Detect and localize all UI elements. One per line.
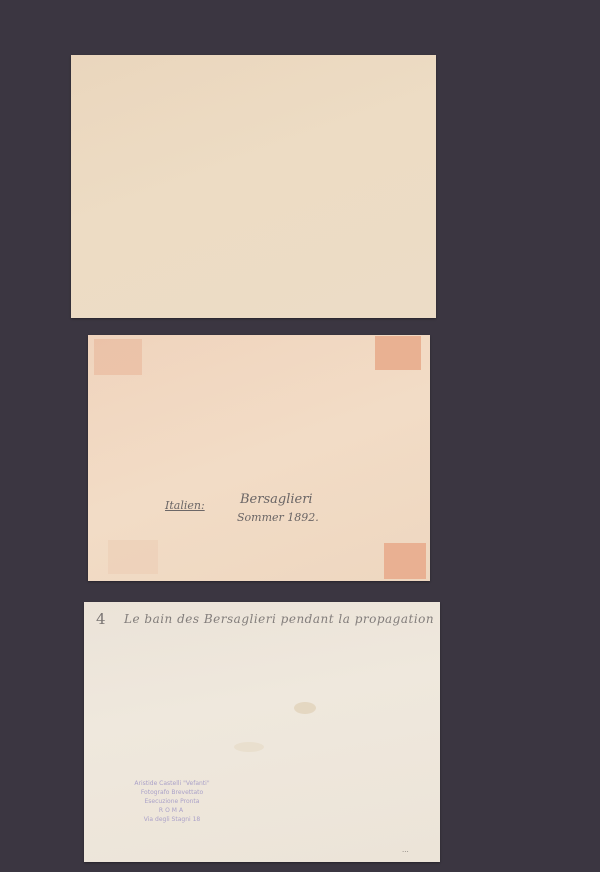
- corner-mark: ...: [402, 846, 409, 854]
- stamp-line: Aristide Castelli "Vefanti": [126, 779, 218, 788]
- hinge-tape-top-right: [375, 336, 421, 370]
- photo-card-inscribed: Italien: Bersaglieri Sommer 1892.: [88, 335, 430, 581]
- photographer-stamp: Aristide Castelli "Vefanti" Fotografo Br…: [126, 779, 218, 824]
- caption-number: 4: [96, 610, 106, 628]
- hinge-tape-bottom-right: [384, 543, 426, 579]
- stamp-line: ROMA: [126, 806, 218, 815]
- stain-mark: [294, 702, 316, 714]
- handwritten-caption: Le bain des Bersaglieri pendant la propa…: [124, 612, 434, 626]
- handwritten-country: Italien:: [165, 499, 205, 512]
- stamp-line: Via degli Stagni 18: [126, 815, 218, 824]
- hinge-tape-top-left: [94, 339, 142, 375]
- photo-card-captioned: 4 Le bain des Bersaglieri pendant la pro…: [84, 602, 440, 862]
- photo-card-blank: [71, 55, 436, 318]
- handwritten-date: Sommer 1892.: [237, 511, 319, 524]
- hinge-tape-bottom-left: [108, 540, 158, 574]
- stain-mark: [234, 742, 264, 752]
- handwritten-place: Bersaglieri: [240, 492, 313, 507]
- stamp-line: Fotografo Brevettato: [126, 788, 218, 797]
- stamp-line: Esecuzione Pronta: [126, 797, 218, 806]
